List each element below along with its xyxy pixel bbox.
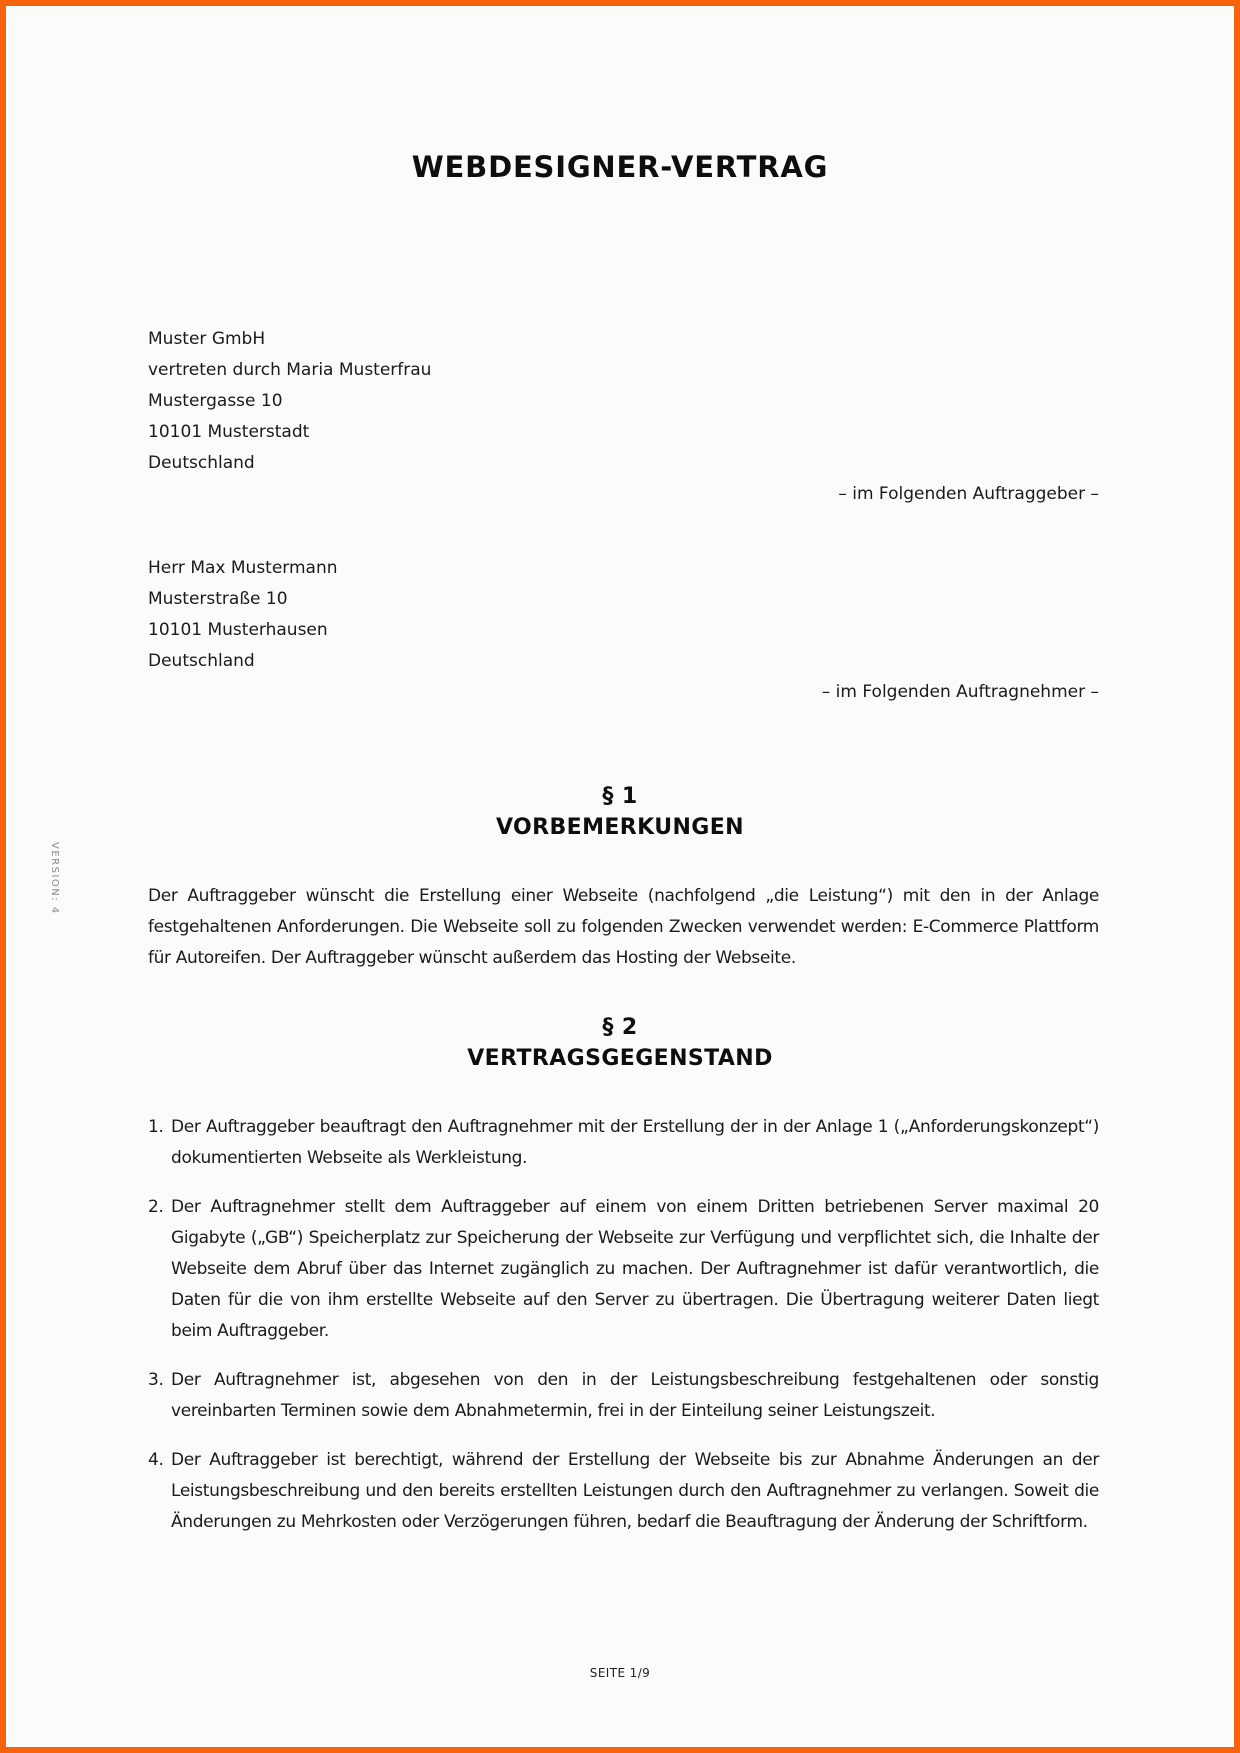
list-item: 1. Der Auftraggeber beauftragt den Auftr… xyxy=(148,1112,1099,1174)
client-role-label: – im Folgenden Auftraggeber – xyxy=(148,479,1099,510)
list-item-text: Der Auftraggeber beauftragt den Auftragn… xyxy=(171,1117,1099,1168)
list-item-text: Der Auftraggeber ist berechtigt, während… xyxy=(171,1450,1099,1532)
contractor-country: Deutschland xyxy=(148,646,1099,677)
document-title: WEBDESIGNER-VERTRAG xyxy=(6,150,1234,184)
document-page: WEBDESIGNER-VERTRAG Muster GmbH vertrete… xyxy=(6,6,1234,1747)
client-street: Mustergasse 10 xyxy=(148,386,1099,417)
contractor-role-label: – im Folgenden Auftragnehmer – xyxy=(148,677,1099,708)
client-name: Muster GmbH xyxy=(148,324,1099,355)
contractor-address-block: Herr Max Mustermann Musterstraße 10 1010… xyxy=(148,553,1099,708)
list-item-number: 4. xyxy=(148,1445,164,1476)
section-2-title: VERTRAGSGEGENSTAND xyxy=(6,1043,1234,1074)
contractor-street: Musterstraße 10 xyxy=(148,584,1099,615)
section-1-heading: § 1 VORBEMERKUNGEN xyxy=(6,781,1234,843)
list-item-number: 3. xyxy=(148,1365,164,1396)
list-item-text: Der Auftragnehmer stellt dem Auftraggebe… xyxy=(171,1197,1099,1341)
section-2-heading: § 2 VERTRAGSGEGENSTAND xyxy=(6,1012,1234,1074)
client-city: 10101 Musterstadt xyxy=(148,417,1099,448)
client-representative: vertreten durch Maria Musterfrau xyxy=(148,355,1099,386)
list-item-number: 1. xyxy=(148,1112,164,1143)
list-item: 2. Der Auftragnehmer stellt dem Auftragg… xyxy=(148,1192,1099,1347)
contractor-city: 10101 Musterhausen xyxy=(148,615,1099,646)
section-1-paragraph: Der Auftraggeber wünscht die Erstellung … xyxy=(148,881,1099,974)
list-item-text: Der Auftragnehmer ist, abgesehen von den… xyxy=(171,1370,1099,1421)
section-2-list: 1. Der Auftraggeber beauftragt den Auftr… xyxy=(148,1112,1099,1556)
section-1-title: VORBEMERKUNGEN xyxy=(6,812,1234,843)
page-number: SEITE 1/9 xyxy=(6,1666,1234,1680)
list-item: 3. Der Auftragnehmer ist, abgesehen von … xyxy=(148,1365,1099,1427)
client-country: Deutschland xyxy=(148,448,1099,479)
version-label: VERSION: 4 xyxy=(49,842,60,915)
contractor-name: Herr Max Mustermann xyxy=(148,553,1099,584)
section-1-number: § 1 xyxy=(6,781,1234,812)
list-item-number: 2. xyxy=(148,1192,164,1223)
list-item: 4. Der Auftraggeber ist berechtigt, währ… xyxy=(148,1445,1099,1538)
client-address-block: Muster GmbH vertreten durch Maria Muster… xyxy=(148,324,1099,510)
section-2-number: § 2 xyxy=(6,1012,1234,1043)
